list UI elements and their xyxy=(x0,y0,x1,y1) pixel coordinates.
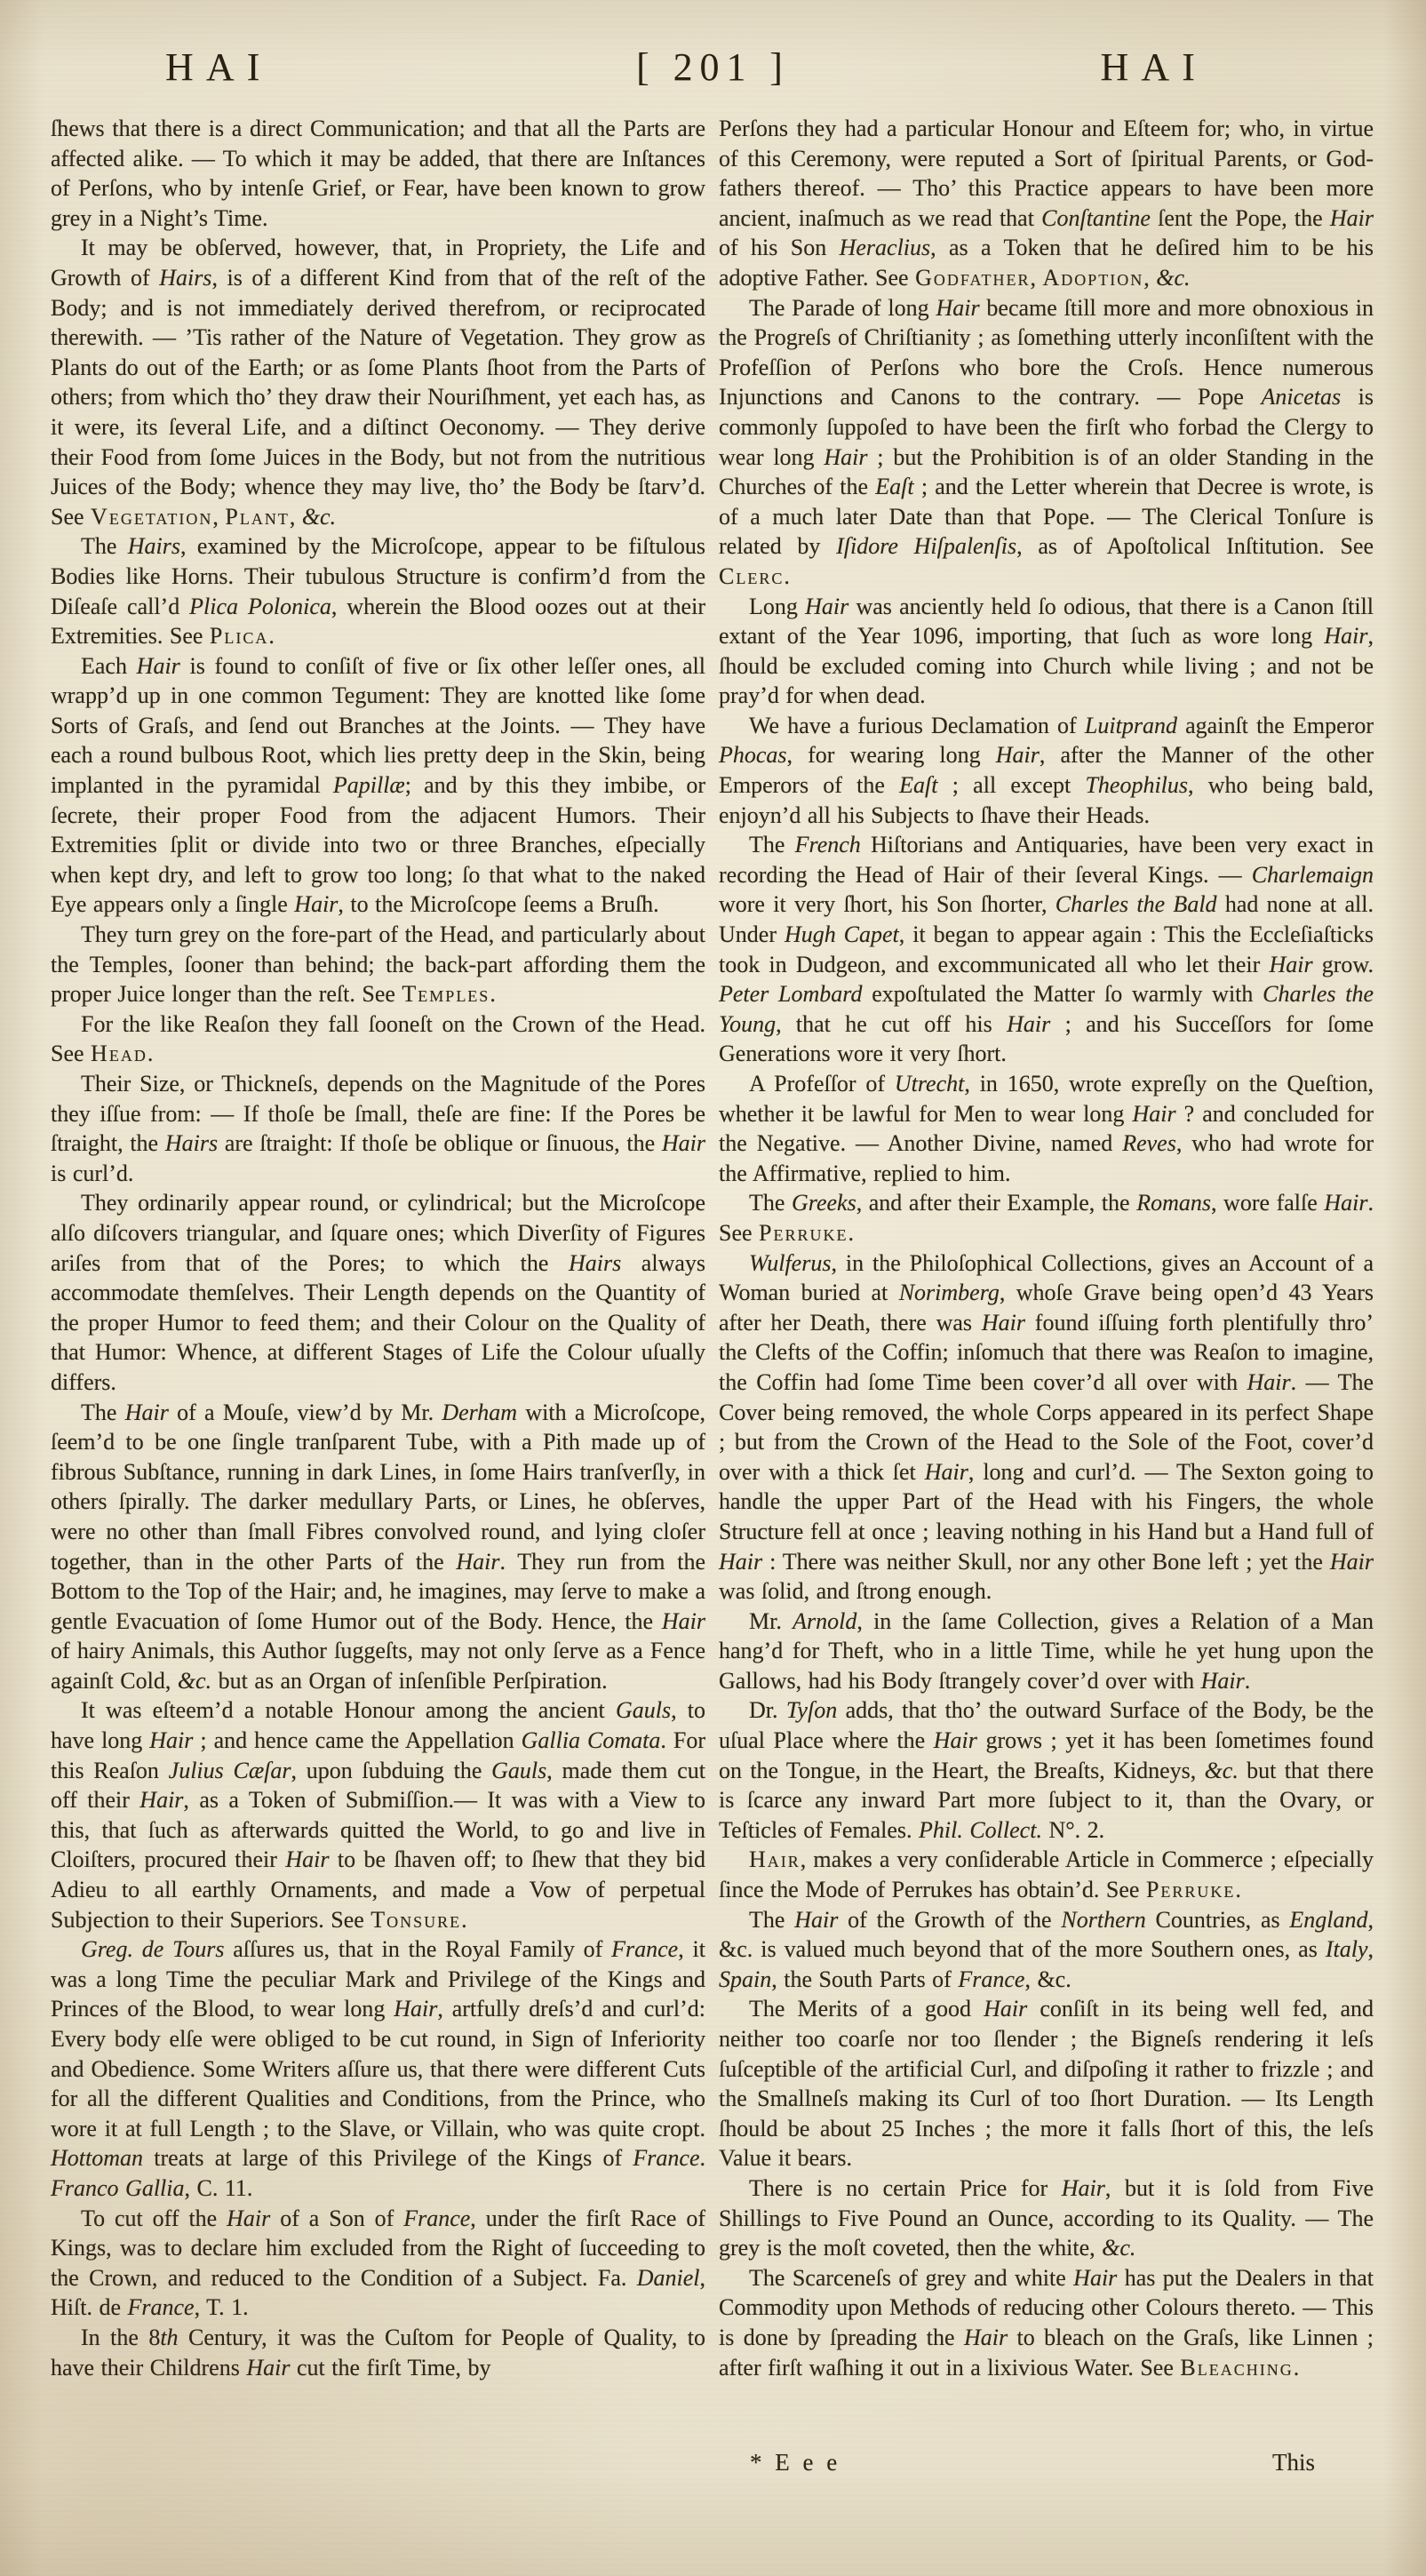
text-run: , the South Parts of xyxy=(771,1966,958,1992)
italic-text: Phocas xyxy=(719,742,787,768)
italic-text: Hairs xyxy=(128,533,180,559)
text-run: . xyxy=(1294,2355,1300,2381)
paragraph: Wulferus, in the Philoſophical Collectio… xyxy=(719,1248,1374,1607)
smallcaps-cross-reference: Clerc xyxy=(719,563,784,589)
italic-text: Hugh Capet xyxy=(785,921,899,947)
paragraph: The Hair of a Mouſe, view’d by Mr. Derha… xyxy=(51,1398,705,1696)
paragraph: It was eſteem’d a notable Honour among t… xyxy=(51,1695,705,1934)
text-run: grow. xyxy=(1313,952,1374,977)
text-run: . xyxy=(268,623,275,649)
paragraph: Their Size, or Thickneſs, depends on the… xyxy=(51,1069,705,1188)
text-run: , and after their Example, the xyxy=(856,1190,1137,1216)
smallcaps-cross-reference: Adoption xyxy=(1043,265,1144,291)
italic-text: Hair xyxy=(984,1996,1027,2022)
text-run: ; and hence came the Appellation xyxy=(193,1727,521,1753)
smallcaps-cross-reference: Plant xyxy=(225,504,289,530)
italic-text: Gauls xyxy=(616,1697,671,1723)
italic-text: &c. xyxy=(1102,2235,1135,2261)
italic-text: Eaſt xyxy=(875,474,913,499)
italic-text: Hair xyxy=(1247,1369,1291,1395)
text-run: , xyxy=(1031,265,1043,291)
text-run: is curl’d. xyxy=(51,1160,133,1186)
text-run: was ſolid, and ſtrong enough. xyxy=(719,1578,992,1604)
text-run: The xyxy=(749,1907,794,1933)
text-run: Mr. xyxy=(749,1608,793,1634)
text-run: It was eſteem’d a notable Honour among t… xyxy=(81,1697,616,1723)
paragraph: Each Hair is found to conſiſt of five or… xyxy=(51,651,705,920)
italic-text: France xyxy=(611,1936,678,1962)
paragraph: Hair, makes a very conſiderable Article … xyxy=(719,1845,1374,1904)
smallcaps-cross-reference: Plica xyxy=(210,623,268,649)
text-run: are ſtraight: If thoſe be oblique or ſin… xyxy=(218,1130,662,1156)
text-run: The Merits of a good xyxy=(749,1996,984,2022)
paragraph: We have a furious Declamation of Luitpra… xyxy=(719,711,1374,830)
smallcaps-cross-reference: Perruke xyxy=(1146,1877,1235,1902)
text-run: , xyxy=(212,504,225,530)
italic-text: Hair xyxy=(1201,1668,1245,1694)
italic-text: Hair xyxy=(662,1130,705,1156)
page-number: [ 201 ] xyxy=(0,44,1426,90)
smallcaps-cross-reference: Temples xyxy=(402,981,490,1007)
italic-text: Hair xyxy=(1324,1190,1367,1216)
text-run: , as of Apoſtolical Inſtitution. See xyxy=(1016,533,1374,559)
italic-text: Hair xyxy=(1330,205,1374,231)
italic-text: &c. xyxy=(1156,265,1190,291)
italic-text: Hair xyxy=(1007,1011,1050,1037)
italic-text: Hair xyxy=(996,742,1040,768)
catchword: This xyxy=(1272,2449,1315,2476)
italic-text: Hair xyxy=(227,2205,270,2231)
text-run: . xyxy=(1235,1877,1241,1902)
italic-text: Hair xyxy=(139,1787,183,1813)
italic-text: Hair xyxy=(805,594,848,619)
text-run: , is of a different Kind from that of th… xyxy=(51,265,705,530)
italic-text: Wulferus xyxy=(749,1250,831,1276)
smallcaps-cross-reference: Perruke xyxy=(759,1220,848,1246)
italic-text: Julius Cæſar xyxy=(169,1758,291,1783)
italic-text: Hair xyxy=(394,1996,437,2022)
text-run: Dr. xyxy=(749,1697,786,1723)
italic-text: Phil. Collect. xyxy=(919,1817,1042,1843)
italic-text: th xyxy=(160,2325,178,2350)
right-column: Perſons they had a particular Honour and… xyxy=(719,114,1374,2382)
italic-text: France xyxy=(128,2294,195,2320)
smallcaps-cross-reference: Godfather xyxy=(915,265,1030,291)
text-run: conſiſt in its being well fed, and neith… xyxy=(719,1996,1374,2171)
italic-text: Hair xyxy=(285,1846,329,1872)
smallcaps-cross-reference: Tonsure xyxy=(370,1907,461,1933)
italic-text: Italy xyxy=(1326,1936,1368,1962)
text-run: The xyxy=(81,533,128,559)
italic-text: Greeks xyxy=(792,1190,856,1216)
italic-text: Hair xyxy=(936,295,979,321)
text-run: of the Growth of the xyxy=(838,1907,1061,1933)
italic-text: Derham xyxy=(442,1400,517,1425)
text-run: In the 8 xyxy=(81,2325,160,2350)
signature-mark: * E e e xyxy=(750,2449,840,2476)
text-run: aſſures us, that in the Royal Family of xyxy=(224,1936,611,1962)
text-run: againſt the Emperor xyxy=(1177,713,1374,738)
italic-text: Hair xyxy=(794,1907,838,1933)
italic-text: Hair xyxy=(456,1549,499,1575)
italic-text: Hair xyxy=(149,1727,193,1753)
italic-text: Norimberg xyxy=(899,1280,1000,1305)
italic-text: Hairs xyxy=(569,1250,621,1276)
paragraph: The Merits of a good Hair conſiſt in its… xyxy=(719,1994,1374,2173)
text-run: ; all except xyxy=(938,772,1086,798)
left-column: ſhews that there is a direct Communicati… xyxy=(51,114,705,2382)
paragraph: Long Hair was anciently held ſo odious, … xyxy=(719,592,1374,711)
italic-text: Charles the Bald xyxy=(1056,891,1217,917)
italic-text: Gallia Comata xyxy=(522,1727,661,1753)
italic-text: Conſtantine xyxy=(1041,205,1151,231)
smallcaps-cross-reference: Head xyxy=(91,1041,147,1066)
text-run: , to the Microſcope ſeems a Bruſh. xyxy=(338,891,658,917)
text-run: Countries, as xyxy=(1146,1907,1290,1933)
italic-text: Daniel xyxy=(637,2265,700,2291)
italic-text: Hairs xyxy=(159,265,211,291)
italic-text: Hottoman xyxy=(51,2145,143,2171)
paragraph: They turn grey on the fore-part of the H… xyxy=(51,920,705,1009)
text-run: , wore falſe xyxy=(1211,1190,1324,1216)
smallcaps-cross-reference: Bleaching xyxy=(1180,2355,1293,2381)
italic-text: Charlemaign xyxy=(1252,862,1374,888)
paragraph: A Profeſſor of Utrecht, in 1650, wrote e… xyxy=(719,1069,1374,1188)
text-run: Long xyxy=(749,594,805,619)
text-run: The xyxy=(81,1400,125,1425)
italic-text: Hair xyxy=(125,1400,169,1425)
text-run: . xyxy=(784,563,790,589)
italic-text: Northern xyxy=(1061,1907,1145,1933)
paragraph: The French Hiſtorians and Antiquaries, h… xyxy=(719,830,1374,1069)
italic-text: England xyxy=(1289,1907,1367,1933)
paragraph: In the 8th Century, it was the Cuſtom fo… xyxy=(51,2323,705,2382)
italic-text: Hair xyxy=(925,1459,968,1485)
paragraph: Greg. de Tours aſſures us, that in the R… xyxy=(51,1934,705,2203)
text-run: : There was neither Skull, nor any other… xyxy=(762,1549,1330,1575)
italic-text: Hair xyxy=(824,444,867,470)
text-run: expoſtulated the Matter ſo warmly with xyxy=(862,981,1263,1007)
italic-text: Hair xyxy=(964,2325,1008,2350)
italic-text: Theophilus xyxy=(1085,772,1188,798)
paragraph: Perſons they had a particular Honour and… xyxy=(719,114,1374,293)
italic-text: Hair xyxy=(294,891,338,917)
scanned-book-page: HAI [ 201 ] HAI ſhews that there is a di… xyxy=(0,0,1426,2576)
text-run: . xyxy=(848,1220,855,1246)
text-run: The xyxy=(749,1190,792,1216)
text-run: wore it very ſhort, his Son ſhorter, xyxy=(719,891,1056,917)
text-run: The Scarceneſs of grey and white xyxy=(749,2265,1073,2291)
text-run: , C. 11. xyxy=(185,2175,253,2201)
page-footer: * E e e This xyxy=(0,2449,1426,2484)
paragraph: The Hairs, examined by the Microſcope, a… xyxy=(51,531,705,650)
italic-text: &c. xyxy=(1205,1758,1239,1783)
paragraph: There is no certain Price for Hair, but … xyxy=(719,2173,1374,2263)
text-run: . xyxy=(1245,1668,1251,1694)
paragraph: The Parade of long Hair became ſtill mor… xyxy=(719,293,1374,592)
italic-text: Hair xyxy=(719,1549,762,1575)
italic-text: &c. xyxy=(178,1668,211,1694)
text-run: The Parade of long xyxy=(749,295,936,321)
italic-text: French xyxy=(795,832,861,857)
text-run: , xyxy=(290,504,302,530)
text-run: To cut off the xyxy=(81,2205,227,2231)
paragraph: For the like Reaſon they fall ſooneſt on… xyxy=(51,1009,705,1069)
text-run: We have a furious Declamation of xyxy=(749,713,1085,738)
italic-text: Hair xyxy=(1330,1549,1374,1575)
text-run: . xyxy=(147,1041,154,1066)
italic-text: Arnold xyxy=(793,1608,856,1634)
text-run: ſent the Pope, the xyxy=(1151,205,1330,231)
text-run: but as an Organ of inſenſible Perſpirati… xyxy=(211,1668,608,1694)
running-head-right: HAI xyxy=(1101,44,1207,90)
smallcaps-cross-reference: Vegetation xyxy=(91,504,212,530)
italic-text: Peter Lombard xyxy=(719,981,862,1007)
italic-text: Tyſon xyxy=(786,1697,837,1723)
italic-text: Hair xyxy=(1132,1101,1175,1127)
italic-text: Hair xyxy=(137,653,180,679)
paragraph: To cut off the Hair of a Son of France, … xyxy=(51,2204,705,2323)
italic-text: Heraclius xyxy=(840,235,931,260)
italic-text: Hair xyxy=(1324,623,1367,649)
paragraph: The Hair of the Growth of the Northern C… xyxy=(719,1905,1374,1995)
paragraph: Dr. Tyſon adds, that tho’ the outward Su… xyxy=(719,1695,1374,1845)
text-run: , for wearing long xyxy=(787,742,996,768)
italic-text: Gauls xyxy=(491,1758,546,1783)
italic-text: Utrecht xyxy=(895,1071,964,1097)
text-run: , xyxy=(1143,265,1156,291)
text-run: N°. 2. xyxy=(1042,1817,1104,1843)
text-run: Each xyxy=(81,653,137,679)
italic-text: Eaſt xyxy=(899,772,937,798)
text-run: The xyxy=(749,832,795,857)
italic-text: Hair xyxy=(662,1608,705,1634)
text-run: , xyxy=(1368,1936,1374,1962)
text-run: of a Mouſe, view’d by Mr. xyxy=(169,1400,442,1425)
text-run: treats at large of this Privilege of the… xyxy=(143,2145,633,2171)
italic-text: Iſidore Hiſpalenſis xyxy=(836,533,1016,559)
italic-text: Anicetas xyxy=(1262,384,1342,410)
text-run: They turn grey on the fore-part of the H… xyxy=(51,921,705,1007)
paragraph: Mr. Arnold, in the ſame Collection, give… xyxy=(719,1607,1374,1696)
paragraph: The Scarceneſs of grey and white Hair ha… xyxy=(719,2263,1374,2382)
paragraph: It may be obſerved, however, that, in Pr… xyxy=(51,233,705,531)
italic-text: Greg. de Tours xyxy=(81,1936,224,1962)
text-run: . xyxy=(490,981,496,1007)
italic-text: Hair xyxy=(1269,952,1312,977)
italic-text: France xyxy=(958,1966,1024,1992)
italic-text: Hairs xyxy=(165,1130,218,1156)
italic-text: &c. xyxy=(302,504,336,530)
italic-text: France xyxy=(633,2145,699,2171)
text-run: , &c. xyxy=(1024,1966,1071,1992)
italic-text: Spain xyxy=(719,1966,771,1992)
text-run: of his Son xyxy=(719,235,840,260)
smallcaps-cross-reference: Hair xyxy=(749,1846,801,1872)
paragraph: The Greeks, and after their Example, the… xyxy=(719,1188,1374,1248)
text-run: There is no certain Price for xyxy=(749,2175,1062,2201)
italic-text: France xyxy=(403,2205,470,2231)
text-run: , upon ſubduing the xyxy=(291,1758,492,1783)
text-run: , T. 1. xyxy=(195,2294,249,2320)
text-run: , that he cut off his xyxy=(776,1011,1007,1037)
text-run: A Profeſſor of xyxy=(749,1071,895,1097)
text-run: , makes a very conſiderable Article in C… xyxy=(719,1846,1374,1902)
text-run: of a Son of xyxy=(270,2205,403,2231)
text-run: ſhews that there is a direct Communicati… xyxy=(51,116,705,231)
italic-text: Papillæ xyxy=(333,772,405,798)
paragraph: ſhews that there is a direct Communicati… xyxy=(51,114,705,233)
paragraph: They ordinarily appear round, or cylindr… xyxy=(51,1188,705,1397)
text-run: . xyxy=(700,2145,706,2171)
italic-text: Hair xyxy=(1073,2265,1117,2291)
text-run: . xyxy=(461,1907,467,1933)
italic-text: Reves xyxy=(1122,1130,1176,1156)
italic-text: Romans xyxy=(1136,1190,1211,1216)
italic-text: Hair xyxy=(934,1727,977,1753)
italic-text: Hair xyxy=(982,1310,1025,1336)
italic-text: Luitprand xyxy=(1085,713,1177,738)
italic-text: Hair xyxy=(246,2355,290,2381)
italic-text: Franco Gallia xyxy=(51,2175,185,2201)
italic-text: Plica Polonica xyxy=(189,594,331,619)
text-run: cut the firſt Time, by xyxy=(290,2355,490,2381)
running-head: HAI [ 201 ] HAI xyxy=(0,44,1426,98)
italic-text: Hair xyxy=(1062,2175,1105,2201)
